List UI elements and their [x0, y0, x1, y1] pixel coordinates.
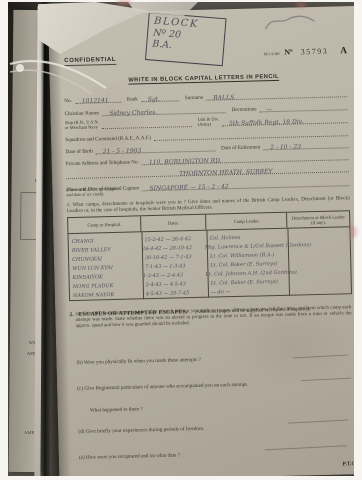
ship-label-line2: or Merchant Navy	[65, 125, 99, 131]
enlistment-field: 2 - 10 - 23	[263, 140, 348, 150]
address-value-line1: 110, BURLINGTON RD,	[149, 157, 222, 166]
capture-field: SINGAPORE — 15 - 2 - 42	[142, 178, 349, 191]
capture-value: SINGAPORE — 15 - 2 - 42	[149, 183, 228, 192]
tag-string	[8, 30, 158, 100]
ref-prefix: M.I. 9/AF/	[264, 52, 280, 56]
unit-div-value: 5th Suffolk Regt. 18 Div.	[229, 118, 303, 127]
pink-mark	[116, 0, 132, 5]
christian-names-field: Sidney Charles.	[102, 105, 225, 116]
date-of-birth-field: 21 - 5 - 1903	[96, 143, 215, 154]
decorations-label: Decorations	[231, 106, 256, 113]
surname-value: RALLS	[213, 94, 234, 102]
photo-area: KS WAR APE ? AMES. BLOCK Nº 20 B.A. CONF…	[8, 2, 354, 476]
form-reference-number: M.I. 9/AF/ Nº 35793 A	[264, 46, 347, 58]
camps-table: Camp or Hospital. Dates. Camp Leader. De…	[67, 210, 352, 301]
question-2e: (e) How were you recaptured and on what …	[79, 452, 180, 460]
capture-note: (Aircrew R.A.F. to give place and date o…	[66, 187, 117, 198]
leader-cell: — do —	[208, 288, 289, 296]
address-field-line1: 110, BURLINGTON RD,	[142, 152, 349, 165]
pto-label: P.T.O.	[342, 461, 354, 467]
unit-div-field: 5th Suffolk Regt. 18 Div.	[222, 116, 348, 127]
col-header-leader: Camp Leader.	[206, 213, 287, 230]
ref-suffix: A	[340, 46, 347, 56]
ship-field	[102, 119, 192, 129]
scanned-pow-form-photo: KS WAR APE ? AMES. BLOCK Nº 20 B.A. CONF…	[0, 0, 362, 480]
capture-note-line2: and date of a/c crash).	[66, 192, 117, 198]
col-header-camp: Camp or Hospital.	[68, 216, 141, 233]
pencil-answer-line	[288, 420, 348, 424]
pink-mark	[296, 2, 306, 8]
dates-cell: 4-5-43 — 20-7-45	[143, 290, 208, 298]
camps-table-body: CHANGI 15-2-42 — 26-4-42 Col. Holmes RIV…	[68, 227, 351, 301]
surname-label: Surname	[185, 95, 204, 101]
pencil-answer-line	[293, 355, 349, 359]
date-of-birth-label: Date of Birth	[65, 148, 93, 155]
unit-div-label: Unit & Div. (Army)	[198, 116, 220, 127]
field-row-address2: THORNTON HEATH, SURREY	[66, 164, 349, 179]
address-label: Private Address and Telephone No.	[66, 159, 139, 167]
christian-names-value: Sidney Charles.	[109, 108, 157, 116]
christian-names-label: Christian Names	[64, 110, 99, 117]
question-2b: (b) Were you physically fit when you mad…	[77, 357, 201, 366]
decorations-field: —	[259, 102, 347, 112]
address-field-line2: THORNTON HEATH, SURREY	[66, 164, 349, 179]
question-2c-followup: What happened to them ?	[90, 406, 143, 413]
question-2d: (d) Give briefly your experiences during…	[78, 426, 204, 435]
pencil-scribble	[262, 9, 319, 36]
address-value-line2: THORNTON HEATH, SURREY	[179, 168, 272, 177]
enlistment-value: 2 - 10 - 23	[270, 143, 301, 151]
squadron-label: Squadron and Command (R.A.F., A.A.F.)	[65, 135, 151, 143]
pencil-answer-line	[301, 378, 351, 382]
ship-label: Ship (R.N., U.S.N. or Merchant Navy	[65, 119, 99, 130]
ref-number: 35793	[301, 47, 329, 57]
pencil-answer-line	[265, 445, 347, 450]
pink-mark	[349, 226, 357, 238]
date-of-birth-value: 21 - 5 - 1903	[103, 147, 142, 155]
squadron-field	[154, 128, 348, 141]
unit-label-line2: (Army)	[198, 122, 219, 128]
col-header-block-leader: Detachment or Block Leader (if any).	[287, 211, 349, 228]
decorations-value: —	[266, 106, 272, 113]
ref-no-symbol: Nº	[284, 48, 293, 57]
surname-field: RALLS	[206, 89, 347, 100]
block-leader-cell	[288, 292, 351, 294]
question-2-number: 2.	[69, 312, 73, 318]
camp-cell: NAKOM NAYOK	[70, 291, 143, 299]
question-2c: (c) Give Regimental particulars of anyon…	[77, 382, 248, 392]
col-header-dates: Dates.	[141, 215, 207, 232]
enlistment-label: Date of Enlistment	[221, 144, 260, 151]
